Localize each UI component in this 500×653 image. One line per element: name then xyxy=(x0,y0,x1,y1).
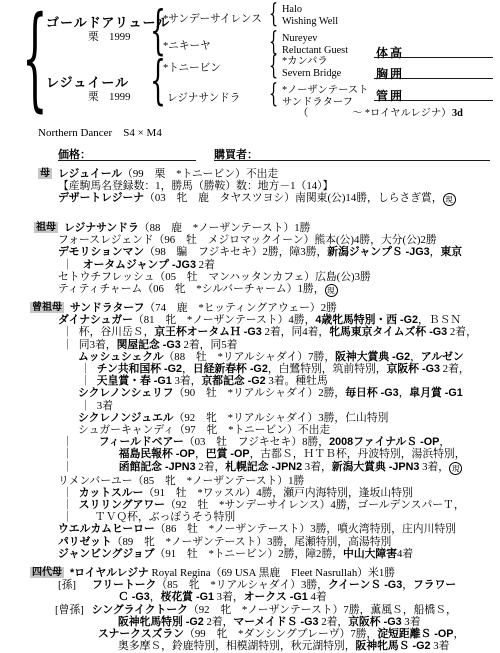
horse-or-race-bold: 巴賞 -OP xyxy=(206,448,250,460)
text-segment: （81 牝 *ノーザンテースト）4勝， xyxy=(133,314,315,326)
generation-label: 祖母 xyxy=(34,222,58,233)
family-line: スナークスズラン（99 牝 *ダンシングブレーヴ）7勝，淀短距離Ｓ -OP， xyxy=(0,628,500,640)
horse-or-race-bold: Ｃ -G3 xyxy=(118,591,150,603)
text-segment: 奥多摩Ｓ，鈴鹿特別，相模湖特別，秋元湖特別， xyxy=(118,640,356,652)
text-segment: （91 牡 *トニービン）2勝，障2勝， xyxy=(155,548,344,560)
family-section: 母レジュイール（99 栗 *トニービン）不出走【産駒馬名登録数：1，勝馬（勝鞍）… xyxy=(0,168,500,206)
family-line: ｜同3着，関屋記念 -G3 2着，同5着 xyxy=(0,339,500,351)
horse-or-race-bold: デザートレジーナ xyxy=(58,192,144,204)
generation-label: 四代母 xyxy=(30,567,64,578)
text-segment: （85 牝 *リアルシャダイ）3勝， xyxy=(156,579,328,591)
text-segment: ＴＶＱ杯，ぶっぽうそう特別 xyxy=(95,511,235,523)
active-racer-mark: 現 xyxy=(443,193,456,206)
family-line: 【産駒馬名登録数：1，勝馬（勝鞍）数：地方－1（14）】 xyxy=(0,180,500,192)
horse-or-race-bold: サンドラターフ xyxy=(70,302,144,314)
horse-or-race-bold: ジャンビングジョブ xyxy=(58,548,155,560)
family-line: シクレノンシェリフ（90 牡 *リアルシャダイ）2勝，毎日杯 -G3，皐月賞 -… xyxy=(0,387,500,399)
horse-or-race-bold: 京王杯オータムＨ -G3 xyxy=(154,326,261,338)
horse-or-race-bold: レジュイール xyxy=(58,168,122,180)
text-segment: 2着， xyxy=(440,363,470,375)
horse-or-race-bold: オークス -G1 xyxy=(244,591,308,603)
text-segment: ｜ xyxy=(62,487,73,499)
family-line: ｜ＴＶＱ杯，ぶっぽうそう特別 xyxy=(0,511,500,523)
horse-or-race-bold: 京都記念 -G2 xyxy=(201,375,265,387)
text-segment: ｜ xyxy=(62,461,73,473)
horse-or-race-bold: 4歳牝馬特別・西 -G2 xyxy=(315,314,418,326)
text-segment: ，白鷺特別，筑前特別， xyxy=(268,363,387,375)
horse-or-race-bold: ダイナシュガー xyxy=(58,314,133,326)
horse-or-race-bold: 日経新春杯 -G2 xyxy=(193,363,268,375)
horse-or-race-bold: 関屋記念 -G3 xyxy=(117,339,181,351)
family-line: ｜スリリングアワー（92 牡 *サンデーサイレンス）4勝，ゴールデンスパーＴ， xyxy=(0,499,500,511)
text-segment: [曾孫] xyxy=(55,604,84,616)
horse-or-race-bold: 阪神牝馬特別 -G2 xyxy=(118,616,204,628)
horse-or-race-bold: クイーンＳ -G3 xyxy=(328,579,402,591)
family-line: 奥多摩Ｓ，鈴鹿特別，相模湖特別，秋元湖特別，阪神牝馬Ｓ -G2 3着 xyxy=(0,640,500,652)
text-segment: （99 牝 *ダンシングブレーヴ）7勝， xyxy=(184,628,377,640)
text-segment: ，古都Ｓ，ＨＴＢ杯，丹波特別，湯浜特別， xyxy=(250,448,466,460)
horse-or-race-bold: アルゼン xyxy=(421,351,464,363)
text-segment: 3着， xyxy=(302,461,332,473)
text-segment: ， xyxy=(402,579,413,591)
text-segment: 3着， xyxy=(172,375,202,387)
horse-or-race-bold: 新潟大賞典 -JPN3 xyxy=(332,461,420,473)
horse-or-race-bold: ムッシュシェクル xyxy=(78,351,164,363)
family-line: 祖母レジナサンドラ（88 鹿 *ノーザンテースト）1勝 xyxy=(0,222,500,234)
text-segment: リメンバーユー（85 牝 *ノーザンテースト）1勝 xyxy=(58,475,304,487)
family-line: ｜杯，谷川岳Ｓ，京王杯オータムＨ -G3 2着，同4着，牝馬東京タイムズ杯 -G… xyxy=(0,326,500,338)
text-segment: （98 騙 フジキセキ）2勝，障3勝， xyxy=(144,246,327,258)
family-section: 曾祖母サンドラターフ（74 鹿 *ヒッティングアウェー）2勝ダイナシュガー（81… xyxy=(0,302,500,560)
family-line: ｜函館記念 -JPN3 2着，札幌記念 -JPN2 3着，新潟大賞典 -JPN3… xyxy=(0,461,500,475)
horse-or-race-bold: 天皇賞・春 -G1 xyxy=(97,375,172,387)
text-segment: （03 牡 フジキセキ）8勝， xyxy=(184,436,329,448)
text-segment: フォースレジェンド（96 牡 メジロマックイーン）熊本(公)4勝，大分(公)2勝 xyxy=(58,234,437,246)
horse-or-race-bold: フリートーク xyxy=(92,579,156,591)
family-line: 四代母*ロイヤルレジナ Royal Regina（69 USA 黒鹿 Fleet… xyxy=(0,567,500,579)
text-segment: 3着。種牡馬 xyxy=(266,375,328,387)
text-segment: シュガーキャンディ（97 牝 *トニービン）不出走 xyxy=(78,424,330,436)
text-segment: 2着 xyxy=(196,259,215,271)
text-segment: （03 牝 鹿 タヤスツヨシ）南関東(公)14勝，しらさぎ賞， xyxy=(144,192,443,204)
family-line: デザートレジーナ（03 牝 鹿 タヤスツヨシ）南関東(公)14勝，しらさぎ賞，現 xyxy=(0,192,500,206)
text-segment: Royal Regina（69 USA 黒鹿 Fleet Nasrullah）米… xyxy=(149,567,395,579)
family-line: シクレノンジュエル（92 牝 *リアルシャダイ）3勝，仁山特別 xyxy=(0,412,500,424)
horse-or-race-bold: ウエルカムヒーロー xyxy=(58,523,155,535)
horse-or-race-bold: スリリングアワー xyxy=(79,499,165,511)
family-line: 阪神牝馬特別 -G2 2着，マーメイドＳ -G3 2着，京阪杯 -G3 3着 xyxy=(0,616,500,628)
text-segment: ｜ xyxy=(80,375,91,387)
text-segment: （92 牝 *リアルシャダイ）3勝，仁山特別 xyxy=(174,412,389,424)
text-segment: 2着， xyxy=(204,616,234,628)
horse-or-race-bold: 阪神大賞典 -G2 xyxy=(335,351,410,363)
text-segment: 3着， xyxy=(214,591,244,603)
text-segment: ｜ xyxy=(62,259,73,271)
text-segment: ， xyxy=(195,448,206,460)
text-segment: 2着， xyxy=(196,461,226,473)
generation-label: 曾祖母 xyxy=(30,302,64,313)
text-segment: （90 牡 *リアルシャダイ）2勝， xyxy=(174,387,346,399)
text-segment: （88 牡 *リアルシャダイ）7勝， xyxy=(164,351,336,363)
active-racer-mark: 現 xyxy=(449,462,462,475)
active-racer-mark: 現 xyxy=(325,284,338,297)
text-segment: 2着，同4着， xyxy=(262,326,329,338)
horse-or-race-bold: デモリションマン xyxy=(58,246,144,258)
text-segment: （92 牡 *サンデーサイレンス）4勝，ゴールデンスパーＴ， xyxy=(165,499,465,511)
text-segment: ， xyxy=(430,246,441,258)
family-line: 曾祖母サンドラターフ（74 鹿 *ヒッティングアウェー）2勝 xyxy=(0,302,500,314)
text-segment: ｜ xyxy=(62,511,73,523)
text-segment: ｜ xyxy=(62,499,73,511)
horse-or-race-bold: マーメイドＳ -G3 xyxy=(233,616,318,628)
text-segment: （86 牡 *ノーザンテースト）3勝，噴火湾特別，庄内川特別 xyxy=(155,523,456,535)
horse-or-race-bold: 淀短距離Ｓ -OP xyxy=(377,628,453,640)
text-segment: （74 鹿 *ヒッティングアウェー）2勝 xyxy=(144,302,337,314)
text-segment: （88 鹿 *ノーザンテースト）1勝 xyxy=(139,222,311,234)
horse-or-race-bold: レジナサンドラ xyxy=(64,222,139,234)
horse-or-race-bold: 桜花賞 -G1 xyxy=(161,591,214,603)
horse-or-race-bold: 東京 xyxy=(440,246,462,258)
horse-or-race-bold: 阪神牝馬Ｓ -G2 xyxy=(356,640,431,652)
family-line: デモリションマン（98 騙 フジキセキ）2勝，障3勝，新潟ジャンプＳ -JG3，… xyxy=(0,246,500,258)
horse-or-race-bold: 中山大障害 xyxy=(343,548,397,560)
horse-or-race-bold: スナークスズラン xyxy=(98,628,184,640)
family-line: セトウチフレッシュ（05 牡 マンハッタンカフェ）広島(公)3勝 xyxy=(0,271,500,283)
text-segment: 4着 xyxy=(308,591,327,603)
family-line: ジャンビングジョブ（91 牡 *トニービン）2勝，障2勝，中山大障害4着 xyxy=(0,548,500,560)
text-segment: 杯，谷川岳Ｓ， xyxy=(79,326,155,338)
family-line: [孫]フリートーク（85 牝 *リアルシャダイ）3勝，クイーンＳ -G3，フラワ… xyxy=(0,579,500,591)
text-segment: 3着 xyxy=(402,616,421,628)
text-segment: 3着 xyxy=(97,400,113,412)
text-segment: ， xyxy=(182,363,193,375)
horse-or-race-bold: 毎日杯 -G3 xyxy=(345,387,398,399)
horse-or-race-bold: 福島民報杯 -OP xyxy=(119,448,195,460)
text-segment: （89 牝 *ノーザンテースト）3勝，尾瀬特別，高湯特別 xyxy=(112,536,392,548)
family-line: ｜フィールドベアー（03 牡 フジキセキ）8勝，2008ファイナルＳ -OP， xyxy=(0,436,500,448)
horse-or-race-bold: 京阪杯 -G3 xyxy=(387,363,440,375)
family-line: シュガーキャンディ（97 牝 *トニービン）不出走 xyxy=(0,424,500,436)
horse-or-race-bold: フィールドベアー xyxy=(99,436,184,448)
text-segment: 3着， xyxy=(419,461,449,473)
text-segment: 4着 xyxy=(397,548,413,560)
horse-or-race-bold: カットスルー xyxy=(79,487,144,499)
family-section: 祖母レジナサンドラ（88 鹿 *ノーザンテースト）1勝フォースレジェンド（96 … xyxy=(0,222,500,297)
text-segment: （92 牝 *ノーザンテースト）7勝，薫風Ｓ，船橋Ｓ， xyxy=(188,604,457,616)
text-segment: ｜ xyxy=(62,448,73,460)
female-family-body: 母レジュイール（99 栗 *トニービン）不出走【産駒馬名登録数：1，勝馬（勝鞍）… xyxy=(0,0,500,653)
text-segment: （99 栗 *トニービン）不出走 xyxy=(122,168,278,180)
family-line: パリゼット（89 牝 *ノーザンテースト）3勝，尾瀬特別，高湯特別 xyxy=(0,536,500,548)
text-segment: 2着， xyxy=(447,326,477,338)
text-segment: ｜ xyxy=(62,436,73,448)
catalog-page: { { { { { { { ゴールドアリュール 栗 1999 レジュイール 栗 … xyxy=(0,0,500,653)
text-segment: 2着， xyxy=(319,616,349,628)
text-segment: （91 牡 *ワッスル）4勝，瀬戸内海特別，逢坂山特別 xyxy=(143,487,412,499)
text-segment: ， xyxy=(150,591,161,603)
family-line: 母レジュイール（99 栗 *トニービン）不出走 xyxy=(0,168,500,180)
text-segment: 3着 xyxy=(431,640,450,652)
text-segment: 【産駒馬名登録数：1，勝馬（勝鞍）数：地方－1（14）】 xyxy=(58,180,333,192)
family-line: ｜福島民報杯 -OP，巴賞 -OP，古都Ｓ，ＨＴＢ杯，丹波特別，湯浜特別， xyxy=(0,448,500,460)
text-segment: ，ＢＳＮ xyxy=(418,314,461,326)
family-line: リメンバーユー（85 牝 *ノーザンテースト）1勝 xyxy=(0,475,500,487)
text-segment: ｜ xyxy=(62,339,73,351)
text-segment: ｜ xyxy=(80,400,91,412)
horse-or-race-bold: 皐月賞 -G1 xyxy=(409,387,462,399)
horse-or-race-bold: 札幌記念 -JPN2 xyxy=(225,461,302,473)
horse-or-race-bold: シクレノンジュエル xyxy=(78,412,174,424)
family-line: ｜チン共和国杯 -G2，日経新春杯 -G2，白鷺特別，筑前特別，京阪杯 -G3 … xyxy=(0,363,500,375)
family-line: [曾孫]シングライクトーク（92 牝 *ノーザンテースト）7勝，薫風Ｓ，船橋Ｓ， xyxy=(0,604,500,616)
family-line: ｜カットスルー（91 牡 *ワッスル）4勝，瀬戸内海特別，逢坂山特別 xyxy=(0,487,500,499)
text-segment: ， xyxy=(410,351,421,363)
horse-or-race-bold: オータムジャンプ -JG3 xyxy=(83,259,196,271)
family-line: Ｃ -G3，桜花賞 -G1 3着，オークス -G1 4着 xyxy=(0,591,500,603)
family-line: ウエルカムヒーロー（86 牡 *ノーザンテースト）3勝，噴火湾特別，庄内川特別 xyxy=(0,523,500,535)
text-segment: ティティチャーム（06 牝 *シルバーチャーム）1勝， xyxy=(58,283,325,295)
horse-or-race-bold: シクレノンシェリフ xyxy=(78,387,174,399)
horse-or-race-bold: 2008ファイナルＳ -OP xyxy=(329,436,439,448)
horse-or-race-bold: チン共和国杯 -G2 xyxy=(97,363,182,375)
text-segment: [孫] xyxy=(58,579,76,591)
text-segment: ｜ xyxy=(62,326,73,338)
family-line: ｜オータムジャンプ -JG3 2着 xyxy=(0,259,500,271)
text-segment: ， xyxy=(439,436,450,448)
family-line: ｜天皇賞・春 -G1 3着，京都記念 -G2 3着。種牡馬 xyxy=(0,375,500,387)
family-line: ｜3着 xyxy=(0,400,500,412)
family-line: ムッシュシェクル（88 牡 *リアルシャダイ）7勝，阪神大賞典 -G2，アルゼン xyxy=(0,351,500,363)
family-section: 四代母*ロイヤルレジナ Royal Regina（69 USA 黒鹿 Fleet… xyxy=(0,567,500,652)
horse-or-race-bold: 新潟ジャンプＳ -JG3 xyxy=(327,246,429,258)
family-line: フォースレジェンド（96 牡 メジロマックイーン）熊本(公)4勝，大分(公)2勝 xyxy=(0,234,500,246)
horse-or-race-bold: 京阪杯 -G3 xyxy=(348,616,401,628)
text-segment: ｜ xyxy=(80,363,91,375)
text-segment: ， xyxy=(399,387,410,399)
horse-or-race-bold: 函館記念 -JPN3 xyxy=(119,461,196,473)
family-line: ダイナシュガー（81 牝 *ノーザンテースト）4勝，4歳牝馬特別・西 -G2，Ｂ… xyxy=(0,314,500,326)
text-segment: ， xyxy=(454,628,465,640)
text-segment: 同3着， xyxy=(79,339,117,351)
family-line: ティティチャーム（06 牝 *シルバーチャーム）1勝，現 xyxy=(0,283,500,297)
horse-or-race-bold: フラワー xyxy=(413,579,456,591)
text-segment: セトウチフレッシュ（05 牡 マンハッタンカフェ）広島(公)3勝 xyxy=(58,271,371,283)
horse-or-race-bold: パリゼット xyxy=(58,536,112,548)
horse-or-race-bold: *ロイヤルレジナ xyxy=(70,567,149,579)
text-segment: 2着，同5着 xyxy=(181,339,238,351)
generation-label: 母 xyxy=(38,168,52,179)
horse-or-race-bold: 牝馬東京タイムズ杯 -G3 xyxy=(329,326,447,338)
horse-or-race-bold: シングライクトーク xyxy=(92,604,188,616)
